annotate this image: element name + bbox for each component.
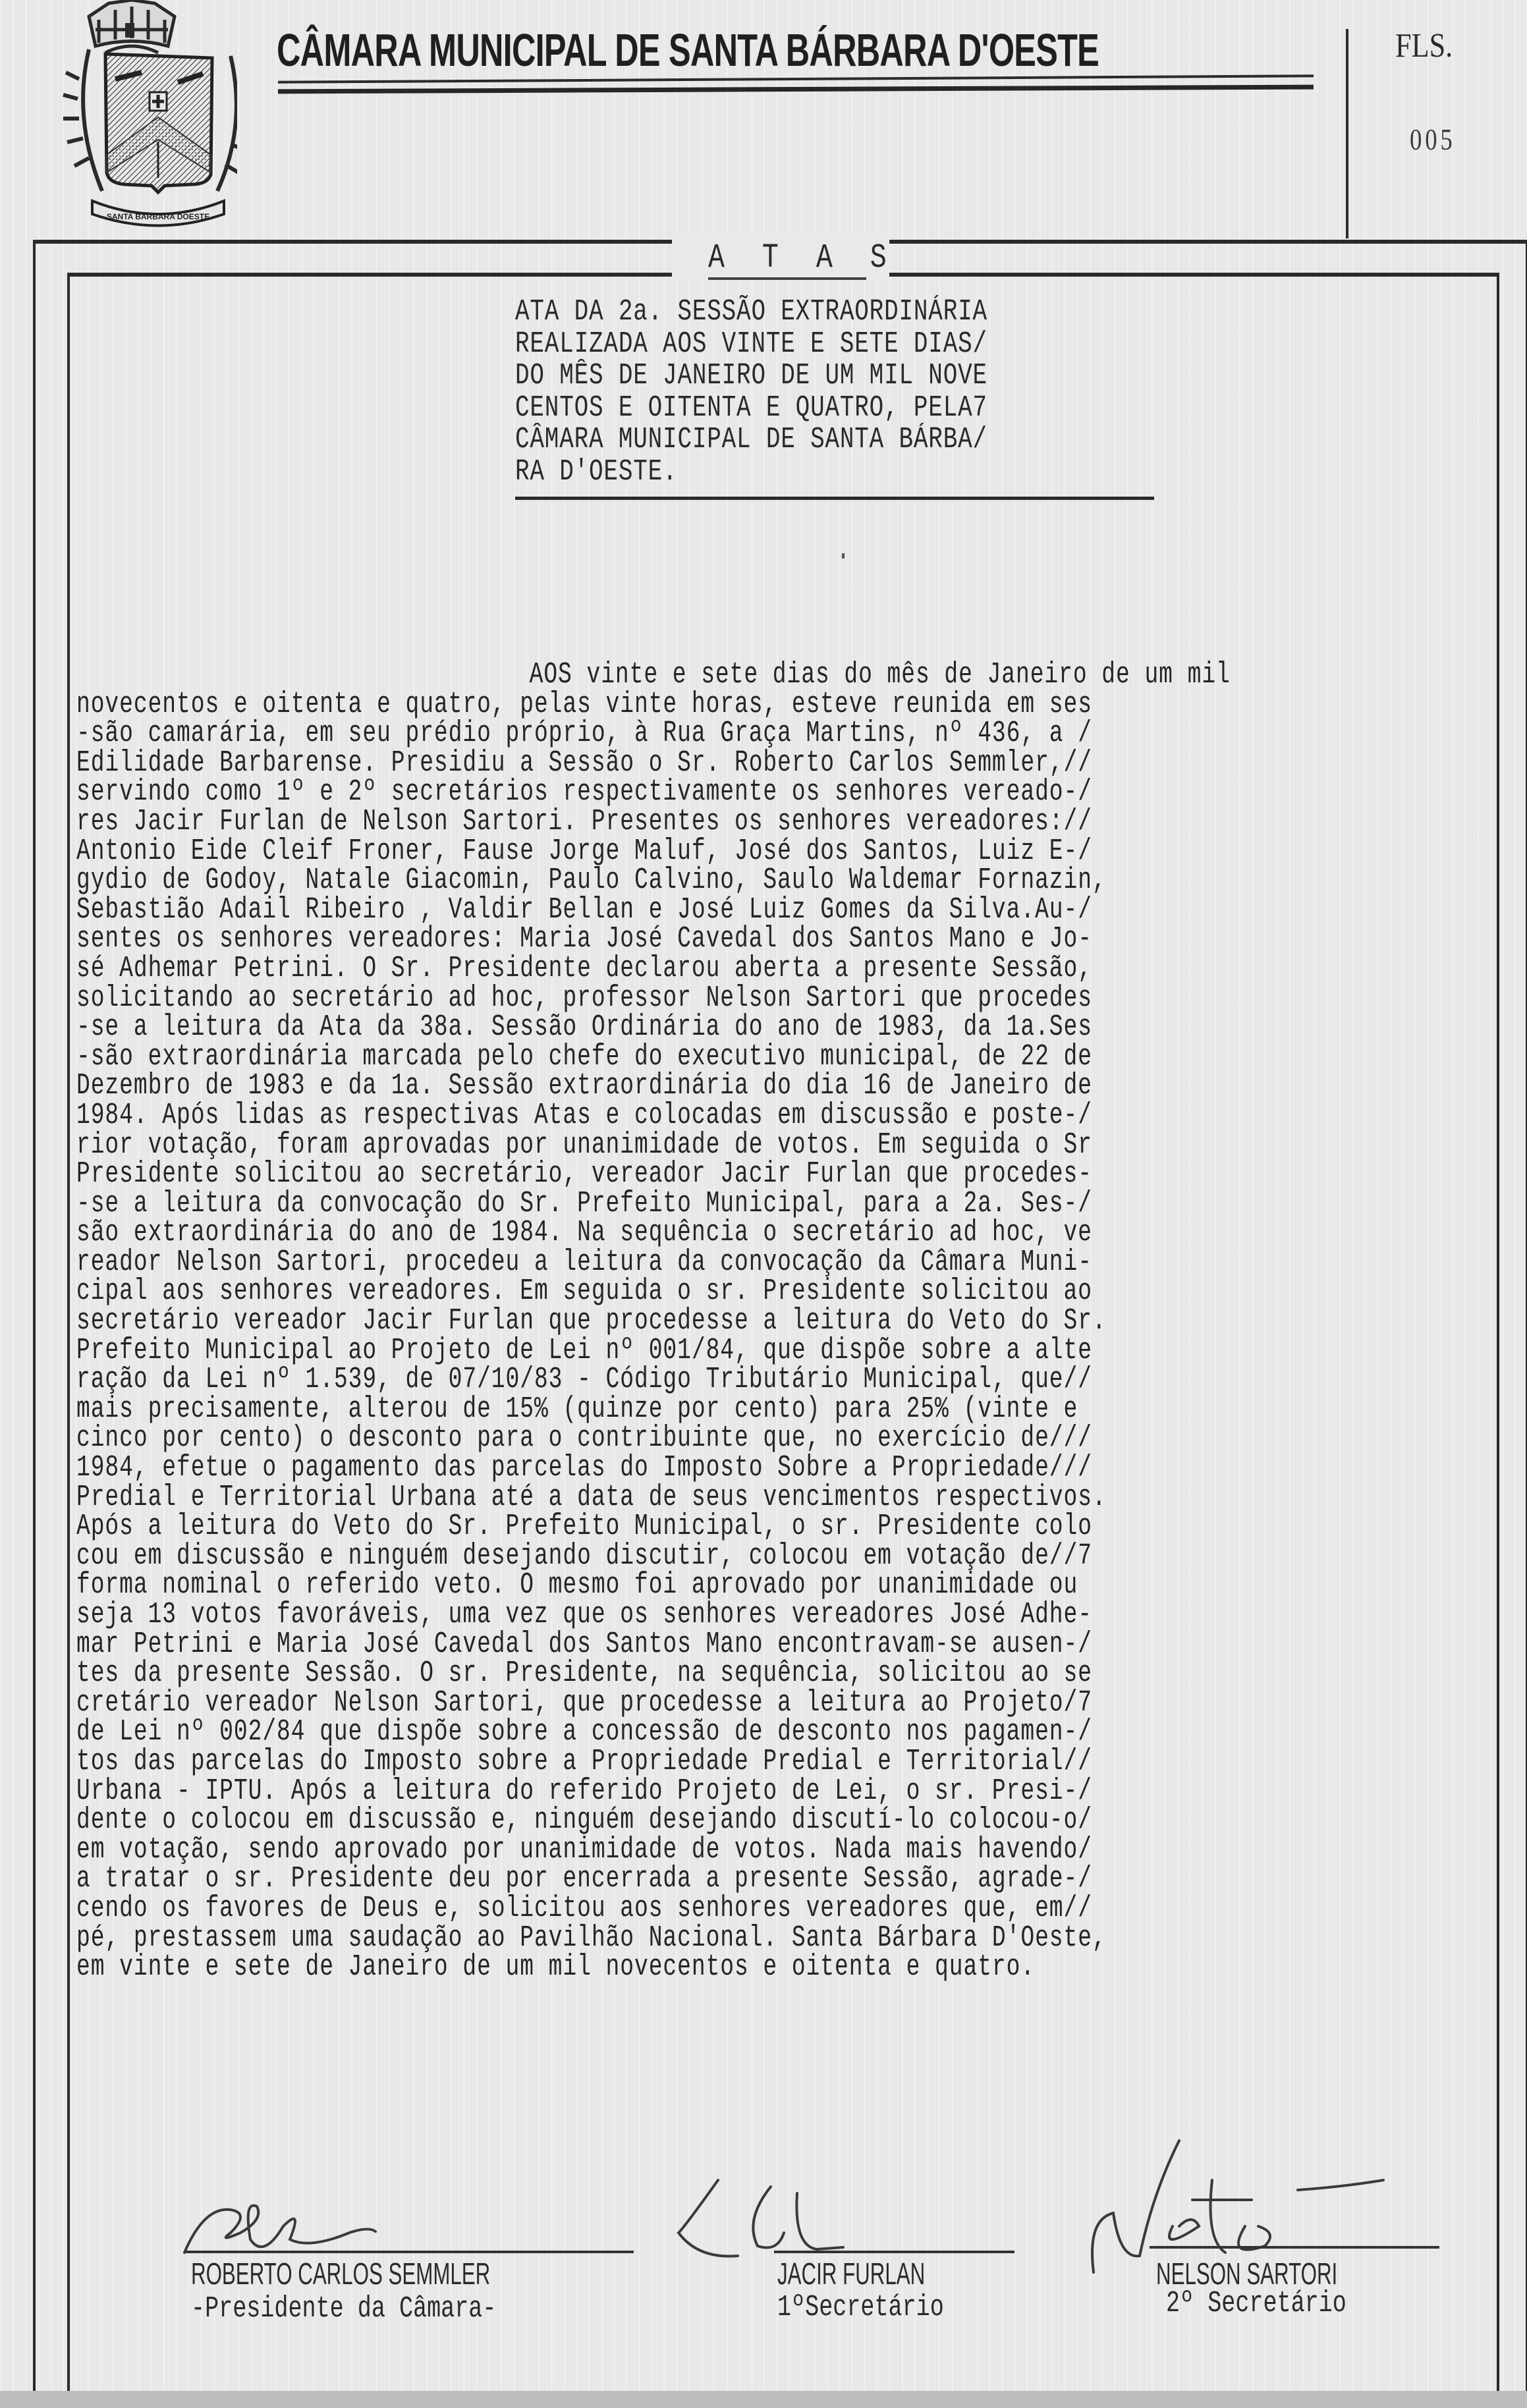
signatory-name: JACIR FURLAN	[777, 2256, 925, 2291]
body-line: cipal aos senhores vereadores. Em seguid…	[76, 1277, 1177, 1307]
body-line: res Jacir Furlan de Nelson Sartori. Pres…	[76, 807, 1177, 837]
signatory-role: -Presidente da Câmara-	[191, 2292, 496, 2326]
body-line: em votação, sendo aprovado por unanimida…	[76, 1836, 1177, 1865]
summary-line: REALIZADA AOS VINTE E SETE DIAS/	[515, 329, 1032, 361]
body-line: Após a leitura do Veto do Sr. Prefeito M…	[76, 1512, 1177, 1542]
body-line: secretário vereador Jacir Furlan que pro…	[76, 1307, 1177, 1336]
body-line: novecentos e oitenta e quatro, pelas vin…	[76, 690, 1177, 720]
body-line: gydio de Godoy, Natale Giacomin, Paulo C…	[76, 866, 1177, 896]
body-line: tes da presente Sessão. O sr. Presidente…	[76, 1659, 1177, 1689]
body-line: Dezembro de 1983 e da 1a. Sessão extraor…	[76, 1072, 1177, 1101]
body-line: -se a leitura da convocação do Sr. Prefe…	[76, 1190, 1177, 1219]
summary-line: CENTOS E OITENTA E QUATRO, PELA7	[515, 393, 1032, 425]
body-line: ração da Lei nº 1.539, de 07/10/83 - Cód…	[76, 1365, 1177, 1395]
body-line: Urbana - IPTU. Após a leitura do referid…	[76, 1777, 1177, 1807]
scan-edge	[0, 2391, 1527, 2408]
signatory-name: ROBERTO CARLOS SEMMLER	[191, 2256, 490, 2291]
signature-line	[774, 2251, 1014, 2253]
municipal-crest-icon: SANTA BARBARA DOESTE	[26, 0, 237, 237]
signature-block: ROBERTO CARLOS SEMMLER JACIR FURLAN NELS…	[0, 2174, 1527, 2305]
body-line: solicitando ao secretário ad hoc, profes…	[76, 984, 1177, 1014]
body-line: tos das parcelas do Imposto sobre a Prop…	[76, 1747, 1177, 1777]
body-line: Prefeito Municipal ao Projeto de Lei nº …	[76, 1336, 1177, 1366]
body-line: reador Nelson Sartori, procedeu a leitur…	[76, 1248, 1177, 1278]
body-line: mar Petrini e Maria José Cavedal dos San…	[76, 1630, 1177, 1660]
signatory-role: 1ºSecretário	[777, 2291, 944, 2324]
document-title: CÂMARA MUNICIPAL DE SANTA BÁRBARA D'OEST…	[277, 24, 1026, 76]
body-line: cendo os favores de Deus e, solicitou ao…	[76, 1894, 1177, 1924]
body-line: rior votação, foram aprovadas por unanim…	[76, 1131, 1177, 1161]
body-line: cou em discussão e ninguém desejando dis…	[76, 1542, 1177, 1572]
summary-line: RA D'OESTE.	[515, 456, 1032, 489]
body-line: -são camarária, em seu prédio próprio, à…	[76, 719, 1177, 749]
signature-roberto-icon	[178, 2187, 389, 2266]
summary-rule	[515, 497, 1154, 500]
minutes-body: AOS vinte e sete dias do mês de Janeiro …	[76, 661, 1506, 1983]
body-line: sé Adhemar Petrini. O Sr. Presidente dec…	[76, 954, 1177, 984]
section-label: A T A S	[708, 238, 897, 277]
fls-label: FLS.	[1395, 26, 1453, 65]
body-line: cretário vereador Nelson Sartori, que pr…	[76, 1689, 1177, 1718]
body-line: servindo como 1º e 2º secretários respec…	[76, 778, 1177, 807]
body-line: forma nominal o referido veto. O mesmo f…	[76, 1571, 1177, 1601]
title-rule	[278, 85, 1314, 94]
body-line: em vinte e sete de Janeiro de um mil nov…	[76, 1953, 1177, 1983]
minutes-summary: ATA DA 2a. SESSÃO EXTRAORDINÁRIA REALIZA…	[515, 296, 1161, 488]
signature-line	[1150, 2246, 1439, 2249]
summary-line: ATA DA 2a. SESSÃO EXTRAORDINÁRIA	[515, 296, 1032, 329]
crest-motto: SANTA BARBARA DOESTE	[107, 212, 209, 221]
body-line: dente o colocou em discussão e, ninguém …	[76, 1806, 1177, 1836]
body-line: pé, prestassem uma saudação ao Pavilhão …	[76, 1924, 1177, 1954]
body-line: de Lei nº 002/84 que dispõe sobre a conc…	[76, 1718, 1177, 1747]
body-line: Antonio Eide Cleif Froner, Fause Jorge M…	[76, 837, 1177, 867]
body-line: sentes os senhores vereadores: Maria Jos…	[76, 925, 1177, 954]
section-label-underline	[708, 277, 866, 280]
folio-number: 005	[1410, 122, 1456, 157]
stray-mark	[842, 553, 845, 559]
summary-line: CÂMARA MUNICIPAL DE SANTA BÁRBA/	[515, 424, 1032, 456]
body-line: mais precisamente, alterou de 15% (quinz…	[76, 1395, 1177, 1425]
body-line: Presidente solicitou ao secretário, vere…	[76, 1160, 1177, 1190]
signature-line	[186, 2251, 634, 2253]
body-line: AOS vinte e sete dias do mês de Janeiro …	[76, 661, 1177, 690]
body-line: 1984. Após lidas as respectivas Atas e c…	[76, 1101, 1177, 1131]
body-line: Edilidade Barbarense. Presidiu a Sessão …	[76, 749, 1177, 779]
body-line: -se a leitura da Ata da 38a. Sessão Ordi…	[76, 1013, 1177, 1043]
body-line: Predial e Territorial Urbana até a data …	[76, 1483, 1177, 1513]
body-line: cinco por cento) o desconto para o contr…	[76, 1424, 1177, 1454]
body-line: -são extraordinária marcada pelo chefe d…	[76, 1043, 1177, 1072]
signatory-name: NELSON SARTORI	[1156, 2256, 1337, 2291]
body-line: seja 13 votos favoráveis, uma vez que os…	[76, 1601, 1177, 1630]
body-line: 1984, efetue o pagamento das parcelas do…	[76, 1454, 1177, 1483]
body-line: são extraordinária do ano de 1984. Na se…	[76, 1218, 1177, 1248]
body-line: a tratar o sr. Presidente deu por encerr…	[76, 1865, 1177, 1894]
summary-line: DO MÊS DE JANEIRO DE UM MIL NOVE	[515, 360, 1032, 393]
body-line: Sebastião Adail Ribeiro , Valdir Bellan …	[76, 896, 1177, 925]
fls-divider	[1346, 29, 1348, 238]
signatory-role: 2º Secretário	[1166, 2287, 1347, 2320]
